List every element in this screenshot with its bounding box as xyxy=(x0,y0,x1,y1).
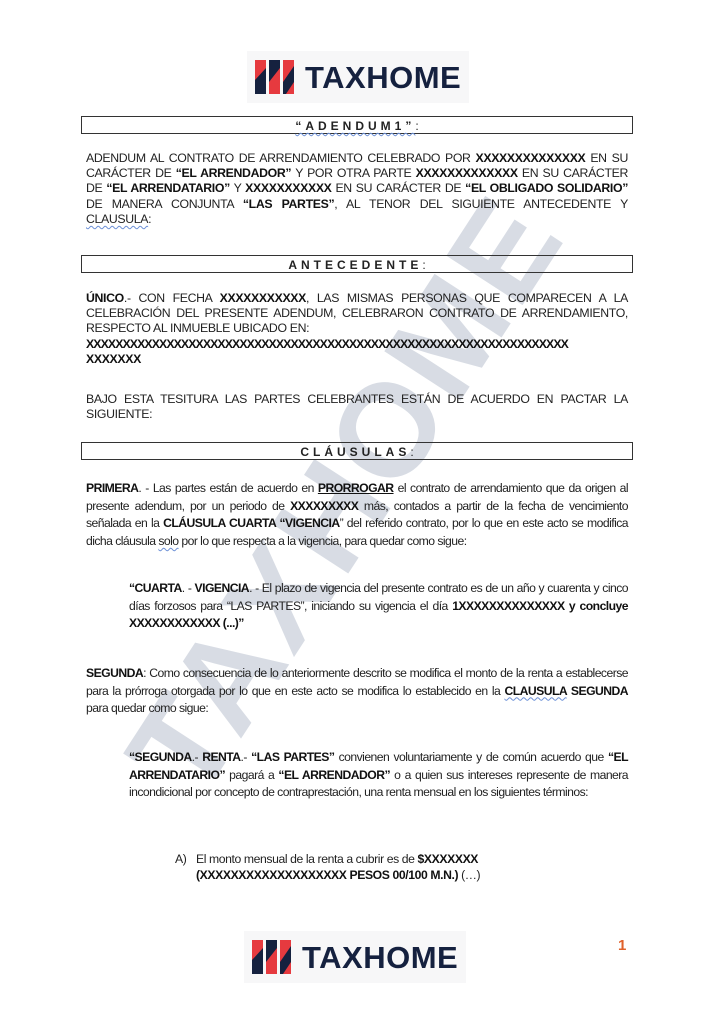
term: “LAS PARTES” xyxy=(251,750,334,764)
spellcheck-word: CLAUSULA xyxy=(86,212,148,226)
term: “EL OBLIGADO SOLIDARIO” xyxy=(465,181,628,195)
date-placeholder: XXXXXXXXXXX xyxy=(220,291,306,305)
section-title-colon: : xyxy=(422,258,425,272)
text: por lo que respecta a la vigencia, para … xyxy=(179,534,467,548)
text: convienen voluntariamente y de común acu… xyxy=(334,750,608,764)
text: .- CON FECHA xyxy=(124,291,220,305)
intro-paragraph: ADENDUM AL CONTRATO DE ARRENDAMIENTO CEL… xyxy=(86,151,628,227)
text: ADENDUM AL CONTRATO DE ARRENDAMIENTO CEL… xyxy=(86,151,475,165)
obligado-name: XXXXXXXXXXX xyxy=(245,181,331,195)
term: CLÁUSULA CUARTA “VIGENCIA xyxy=(163,516,339,530)
arrendador-name: XXXXXXXXXXXXXX xyxy=(475,151,585,165)
address-placeholder: XXXXXXXXXXXXXXXXXXXXXXXXXXXXXXXXXXXXXXXX… xyxy=(86,337,568,351)
amount-placeholder: $XXXXXXX xyxy=(418,852,478,866)
arrendatario-name: XXXXXXXXXXXXX xyxy=(416,166,518,180)
clause-title: VIGENCIA xyxy=(195,581,250,595)
clause-label: “CUARTA xyxy=(129,581,182,595)
term: “EL ARRENDATARIO” xyxy=(106,181,230,195)
logo-wordmark: TAXHOME xyxy=(305,62,461,93)
text: : xyxy=(148,212,151,226)
term: “EL ARRENDADOR” xyxy=(278,768,390,782)
term: PRORROGAR xyxy=(318,481,394,495)
spellcheck-word: solo xyxy=(158,534,178,548)
text: (…) xyxy=(458,868,480,882)
term: SEGUNDA xyxy=(567,684,628,698)
text: .- xyxy=(241,750,252,764)
text: Y xyxy=(230,181,245,195)
text: , AL TENOR DEL SIGUIENTE ANTECEDENTE Y xyxy=(334,197,628,211)
segunda-paragraph: SEGUNDA: Como consecuencia de lo anterio… xyxy=(86,665,628,718)
renta-quote: “SEGUNDA.- RENTA.- “LAS PARTES” conviene… xyxy=(129,749,628,802)
text: El monto mensual de la renta a cubrir es… xyxy=(196,852,418,866)
footer-logo: TAXHOME xyxy=(244,931,466,983)
section-title-colon: : xyxy=(415,119,418,133)
taxhome-logo-icon xyxy=(255,60,295,94)
address-placeholder-cont: XXXXXXX xyxy=(86,352,141,366)
section-header-antecedente: ANTECEDENTE: xyxy=(81,255,633,273)
term: CLAUSULA xyxy=(504,684,566,698)
bajo-paragraph: BAJO ESTA TESITURA LAS PARTES CELEBRANTE… xyxy=(86,392,628,422)
period-placeholder: XXXXXXXXX xyxy=(290,499,358,513)
section-header-adendum: “ADENDUM1”: xyxy=(81,116,633,134)
list-item-a: A) El monto mensual de la renta a cubrir… xyxy=(175,852,535,883)
clause-label: SEGUNDA xyxy=(86,666,143,680)
text: . - Las partes están de acuerdo en xyxy=(138,481,318,495)
text: DE MANERA CONJUNTA xyxy=(86,197,243,211)
clause-title: RENTA xyxy=(202,750,240,764)
amount-words-placeholder: (XXXXXXXXXXXXXXXXXXX PESOS 00/100 M.N.) xyxy=(196,868,458,882)
section-title-colon: : xyxy=(410,445,413,459)
section-title: ANTECEDENTE xyxy=(288,258,422,272)
term: “LAS PARTES” xyxy=(243,197,334,211)
text: .- xyxy=(192,750,203,764)
clause-label: PRIMERA xyxy=(86,481,138,495)
clause-label: ÚNICO xyxy=(86,291,124,305)
header-logo: TAXHOME xyxy=(247,51,469,103)
taxhome-logo-icon xyxy=(252,940,292,974)
section-title: “ADENDUM1” xyxy=(295,119,415,133)
section-title: CLÁUSULAS xyxy=(300,445,410,459)
text: . - xyxy=(182,581,195,595)
list-text: El monto mensual de la renta a cubrir es… xyxy=(196,852,535,883)
document-page: TAXHOME TAXHOME “ADENDUM1”: ADENDUM AL C… xyxy=(0,0,724,1024)
primera-paragraph: PRIMERA. - Las partes están de acuerdo e… xyxy=(86,480,628,550)
text: para quedar como sigue: xyxy=(86,701,208,715)
clause-label: “SEGUNDA xyxy=(129,750,192,764)
text: pagará a xyxy=(225,768,278,782)
unico-paragraph: ÚNICO.- CON FECHA XXXXXXXXXXX, LAS MISMA… xyxy=(86,291,628,367)
text: Y POR OTRA PARTE xyxy=(291,166,415,180)
section-header-clausulas: CLÁUSULAS: xyxy=(81,442,633,460)
list-label: A) xyxy=(175,852,186,868)
cuarta-quote: “CUARTA. - VIGENCIA. - El plazo de vigen… xyxy=(129,580,628,633)
term: “EL ARRENDADOR” xyxy=(176,166,291,180)
logo-wordmark: TAXHOME xyxy=(302,942,458,973)
text: EN SU CARÁCTER DE xyxy=(332,181,466,195)
page-number: 1 xyxy=(618,937,626,954)
